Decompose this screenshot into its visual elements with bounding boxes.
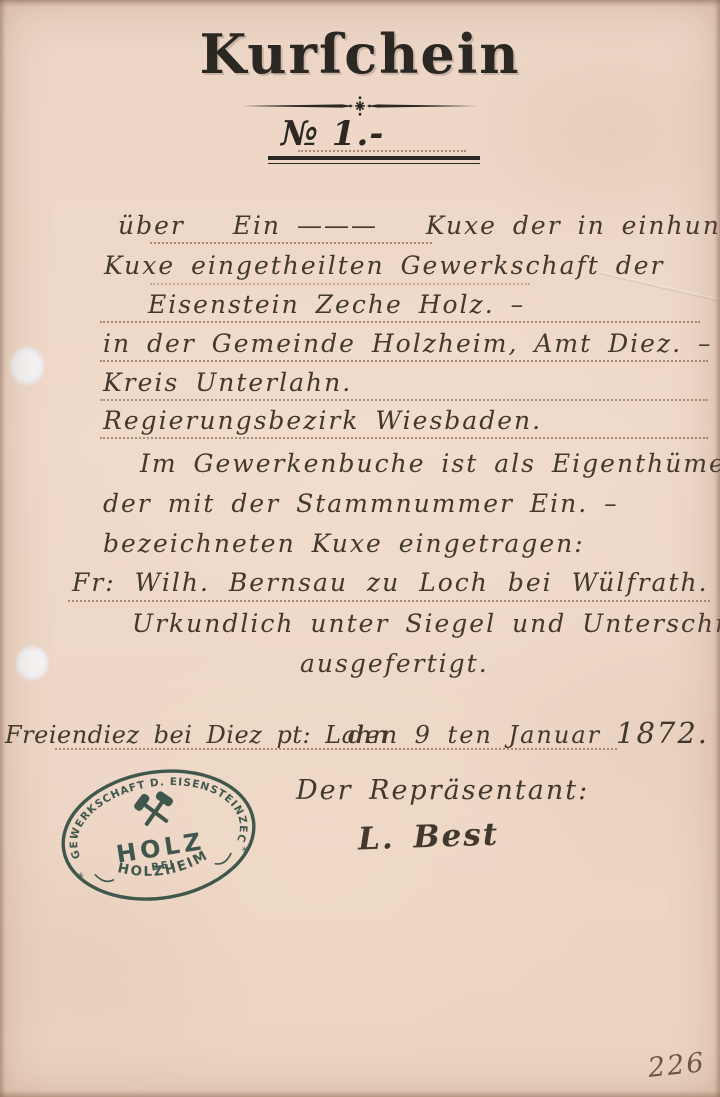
dotted-line — [150, 283, 530, 285]
body-line-12: ausgefertigt. — [300, 650, 489, 678]
company-seal-stamp: DIE GEWERKSCHAFT D. EISENSTEINZECHE ✳ ✳ — [46, 751, 272, 925]
body-line-7: Im Gewerkenbuche ist als Eigenthümer — [140, 450, 720, 478]
paper-stain — [14, 644, 50, 682]
stamp-flourish-right — [213, 853, 232, 865]
body-line-11: Urkundlich unter Siegel und Unterschrift — [132, 610, 720, 638]
dotted-line — [100, 360, 708, 362]
paper-stain — [8, 345, 46, 387]
archive-page-number: 226 — [647, 1047, 707, 1084]
certificate-number: № 1.- — [281, 114, 384, 154]
stamp-flourish-left — [95, 872, 114, 884]
ornament-rule — [242, 96, 478, 116]
dateline-place: Freiendiez bei Diez pt: Lahn — [5, 722, 388, 748]
body-line-8: der mit der Stammnummer Ein. – — [103, 490, 619, 518]
dateline-date: den 9 ten Januar — [348, 722, 601, 748]
owner-name-line: Fr: Wilh. Bernsau zu Loch bei Wülfrath. — [72, 569, 709, 597]
document-title: Kurſchein — [0, 22, 720, 86]
dotted-line — [68, 600, 710, 602]
dotted-line — [100, 437, 708, 439]
body-line-3: Eisenstein Zeche Holz. – — [148, 291, 525, 319]
number-underline — [268, 156, 480, 164]
signature: L. Best — [357, 818, 499, 857]
dotted-line — [100, 321, 700, 323]
body-line-5: Kreis Unterlahn. — [103, 369, 352, 397]
crossed-hammers-icon — [131, 788, 179, 833]
dotted-line — [100, 399, 708, 401]
body-line-2: Kuxe eingetheilten Gewerkschaft der — [104, 252, 664, 280]
star-ornament-icon — [355, 101, 365, 111]
body-line-9: bezeichneten Kuxe eingetragen: — [103, 530, 585, 558]
body-line-6: Regierungsbezirk Wiesbaden. — [103, 407, 542, 435]
dotted-line — [298, 150, 466, 152]
body-line-1: über Ein ——— Kuxe der in einhundert — [118, 212, 720, 240]
stamp-star-left-icon: ✳ — [77, 871, 86, 882]
closing-role: Der Repräsentant: — [296, 776, 589, 806]
dateline-year: 1872. — [616, 718, 709, 750]
body-line-4: in der Gemeinde Holzheim, Amt Diez. – — [103, 330, 713, 358]
certificate-page: Kurſchein № 1.- über Ein ——— Kuxe der in… — [0, 0, 720, 1097]
dotted-line — [150, 242, 432, 244]
